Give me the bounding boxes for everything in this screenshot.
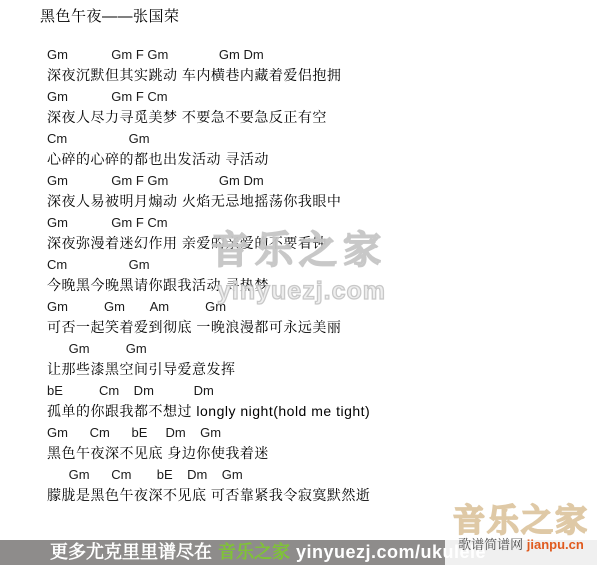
song-lines: Gm Gm F Gm Gm Dm 深夜沉默但其实跳动 车内横巷内藏着爱侣抱拥 G… bbox=[47, 44, 370, 506]
song-line-pair: Gm Gm F Cm 深夜人尽力寻觅美梦 不要急不要急反正有空 bbox=[47, 86, 370, 128]
footer-url-text: yinyuezj.com/ukulele bbox=[296, 542, 486, 562]
song-line-pair: Gm Gm F Gm Gm Dm 深夜沉默但其实跳动 车内横巷内藏着爱侣抱拥 bbox=[47, 44, 370, 86]
chord-line: Cm Gm bbox=[47, 254, 370, 275]
page-title: 黑色午夜——张国荣 bbox=[40, 5, 180, 26]
watermark-corner-brand: 音乐之家 bbox=[445, 503, 597, 537]
footer-bar: 更多尤克里里谱尽在音乐之家yinyuezj.com/ukulele bbox=[0, 540, 597, 565]
song-line-pair: Gm Cm bE Dm Gm 黑色午夜深不见底 身边你使我着迷 bbox=[47, 422, 370, 464]
chord-line: Gm Gm F Cm bbox=[47, 212, 370, 233]
chord-line: Cm Gm bbox=[47, 128, 370, 149]
chord-line: Gm Cm bE Dm Gm bbox=[47, 464, 370, 485]
lyric-line: 可否一起笑着爱到彻底 一晚浪漫都可永远美丽 bbox=[47, 317, 370, 338]
song-line-pair: Gm Cm bE Dm Gm 朦胧是黑色午夜深不见底 可否靠紧我令寂寞默然逝 bbox=[47, 464, 370, 506]
lyric-line: 深夜弥漫着迷幻作用 亲爱的亲爱的不要看钟 bbox=[47, 233, 370, 254]
lyric-line: 朦胧是黑色午夜深不见底 可否靠紧我令寂寞默然逝 bbox=[47, 485, 370, 506]
song-line-pair: Gm Gm Am Gm 可否一起笑着爱到彻底 一晚浪漫都可永远美丽 bbox=[47, 296, 370, 338]
footer-promo-text: 更多尤克里里谱尽在 bbox=[50, 542, 212, 562]
song-line-pair: Gm Gm 让那些漆黑空间引导爱意发挥 bbox=[47, 338, 370, 380]
lyric-line: 深夜人易被明月煽动 火焰无忌地摇荡你我眼中 bbox=[47, 191, 370, 212]
lyric-line: 心碎的心碎的都也出发活动 寻活动 bbox=[47, 149, 370, 170]
lyric-line: 深夜人尽力寻觅美梦 不要急不要急反正有空 bbox=[47, 107, 370, 128]
chord-line: Gm Gm F Gm Gm Dm bbox=[47, 170, 370, 191]
lyric-line: 孤单的你跟我都不想过 longly night(hold me tight) bbox=[47, 401, 370, 422]
chord-line: bE Cm Dm Dm bbox=[47, 380, 370, 401]
chord-line: Gm Gm F Cm bbox=[47, 86, 370, 107]
footer-brand-text: 音乐之家 bbox=[212, 542, 296, 562]
song-line-pair: Gm Gm F Gm Gm Dm 深夜人易被明月煽动 火焰无忌地摇荡你我眼中 bbox=[47, 170, 370, 212]
chord-line: Gm Gm F Gm Gm Dm bbox=[47, 44, 370, 65]
song-line-pair: Cm Gm 今晚黑今晚黑请你跟我活动 寻热梦 bbox=[47, 254, 370, 296]
lyric-line: 深夜沉默但其实跳动 车内横巷内藏着爱侣抱拥 bbox=[47, 65, 370, 86]
song-sheet-page: 黑色午夜——张国荣 Gm Gm F Gm Gm Dm 深夜沉默但其实跳动 车内横… bbox=[0, 0, 597, 565]
song-line-pair: bE Cm Dm Dm 孤单的你跟我都不想过 longly night(hold… bbox=[47, 380, 370, 422]
song-line-pair: Cm Gm 心碎的心碎的都也出发活动 寻活动 bbox=[47, 128, 370, 170]
chord-line: Gm Cm bE Dm Gm bbox=[47, 422, 370, 443]
chord-line: Gm Gm bbox=[47, 338, 370, 359]
lyric-line: 让那些漆黑空间引导爱意发挥 bbox=[47, 359, 370, 380]
lyric-line: 今晚黑今晚黑请你跟我活动 寻热梦 bbox=[47, 275, 370, 296]
lyric-line: 黑色午夜深不见底 身边你使我着迷 bbox=[47, 443, 370, 464]
chord-line: Gm Gm Am Gm bbox=[47, 296, 370, 317]
song-line-pair: Gm Gm F Cm 深夜弥漫着迷幻作用 亲爱的亲爱的不要看钟 bbox=[47, 212, 370, 254]
